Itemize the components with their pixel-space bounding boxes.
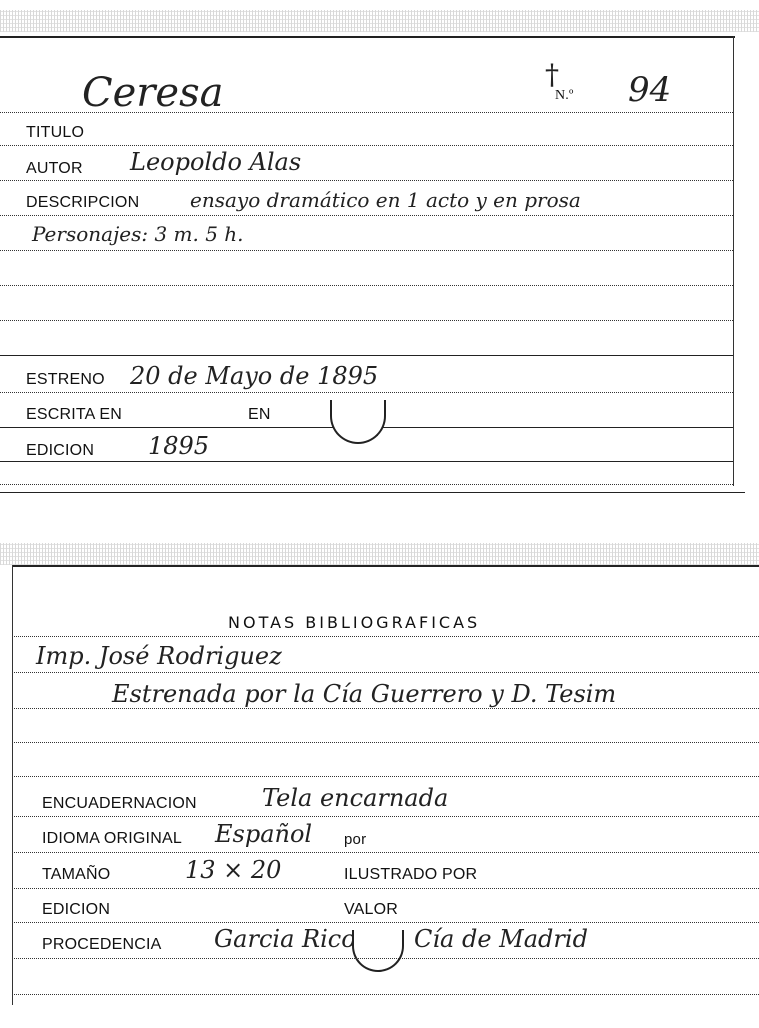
estreno-label: ESTRENO bbox=[26, 371, 105, 389]
rule bbox=[0, 392, 733, 393]
personajes-value: Personajes: 3 m. 5 h. bbox=[32, 222, 244, 246]
edicion2-label: EDICION bbox=[42, 901, 110, 919]
rule bbox=[12, 776, 759, 777]
rule bbox=[0, 484, 733, 485]
escrita-en-label2: EN bbox=[248, 406, 271, 424]
estreno-value: 20 de Mayo de 1895 bbox=[130, 362, 378, 390]
notes-heading: NOTAS BIBLIOGRAFICAS bbox=[228, 613, 480, 632]
rule bbox=[0, 145, 733, 146]
edicion-value: 1895 bbox=[148, 432, 209, 460]
descripcion-label: DESCRIPCION bbox=[26, 194, 139, 212]
rule bbox=[12, 672, 759, 673]
number-label: N.º bbox=[555, 88, 574, 104]
idioma-original-label: IDIOMA ORIGINAL bbox=[42, 830, 182, 848]
rule bbox=[0, 215, 733, 216]
rule bbox=[0, 180, 733, 181]
encuadernacion-label: ENCUADERNACION bbox=[42, 795, 197, 813]
title-line bbox=[0, 112, 733, 113]
card1-title-handwritten: Ceresa bbox=[82, 70, 223, 116]
valor-label: VALOR bbox=[344, 901, 398, 919]
por-label: por bbox=[344, 831, 366, 848]
autor-value: Leopoldo Alas bbox=[130, 148, 301, 176]
rule bbox=[12, 636, 759, 637]
tamano-value: 13 × 20 bbox=[185, 856, 281, 884]
rule bbox=[12, 852, 759, 853]
number-value: 94 bbox=[628, 70, 671, 110]
idioma-original-value: Español bbox=[215, 820, 312, 848]
rule bbox=[12, 816, 759, 817]
encuadernacion-value: Tela encarnada bbox=[262, 784, 448, 812]
tamano-label: TAMAÑO bbox=[42, 866, 110, 884]
rule bbox=[12, 742, 759, 743]
procedencia-label: PROCEDENCIA bbox=[42, 936, 162, 954]
autor-label: AUTOR bbox=[26, 160, 83, 178]
rule bbox=[0, 250, 733, 251]
escrita-en-label: ESCRITA EN bbox=[26, 406, 122, 424]
titulo-label: TITULO bbox=[26, 124, 84, 142]
scan-noise-top bbox=[0, 10, 759, 32]
number-mark: † bbox=[545, 58, 559, 91]
descripcion-value: ensayo dramático en 1 acto y en prosa bbox=[190, 188, 581, 212]
rule bbox=[0, 461, 733, 462]
card2-left-border bbox=[12, 565, 13, 1005]
rule bbox=[12, 994, 759, 995]
ilustrado-por-label: ILUSTRADO POR bbox=[344, 866, 477, 884]
rule bbox=[12, 922, 759, 923]
note-line-1: Imp. José Rodriguez bbox=[36, 642, 282, 670]
card1-right-border bbox=[733, 36, 734, 486]
rule bbox=[12, 888, 759, 889]
rule bbox=[0, 320, 733, 321]
note-line-2: Estrenada por la Cía Guerrero y D. Tesim bbox=[112, 680, 616, 708]
procedencia-value-2: Cía de Madrid bbox=[414, 925, 588, 953]
card1-bottom bbox=[0, 492, 745, 493]
edicion-label: EDICION bbox=[26, 442, 94, 460]
procedencia-value: Garcia Rico bbox=[214, 925, 356, 953]
rule bbox=[12, 708, 759, 709]
rule bbox=[0, 285, 733, 286]
rule bbox=[0, 355, 733, 356]
rule bbox=[12, 958, 759, 959]
scan-noise-middle bbox=[0, 543, 759, 565]
